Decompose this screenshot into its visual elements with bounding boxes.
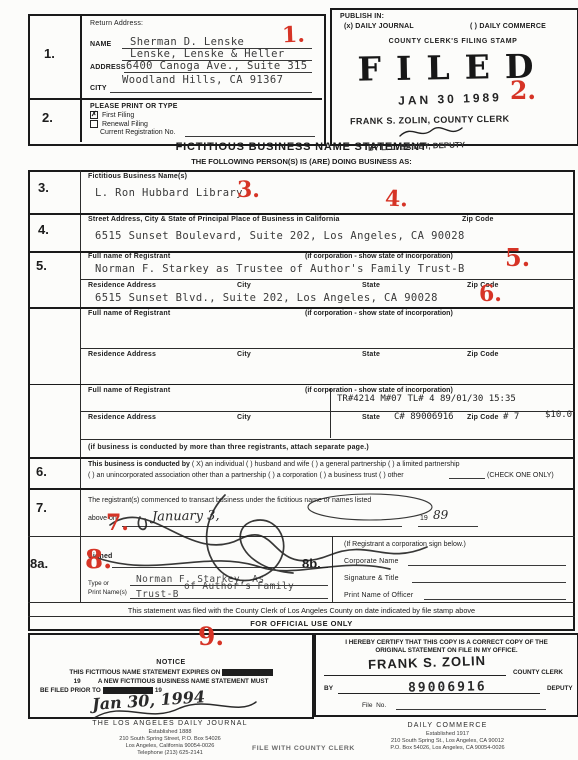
deputy-label: DEPUTY [547, 685, 573, 692]
commerce-footer-est: Established 1917 [335, 731, 560, 738]
annotation-9: 9. [198, 622, 224, 651]
journal-footer: THE LOS ANGELES DAILY JOURNAL Establishe… [55, 720, 285, 757]
return-address-value: 6400 Canoga Ave., Suite 315 [126, 60, 307, 72]
state-label-2: State [362, 351, 380, 358]
certify-box: I HEREBY CERTIFY THAT THIS COPY IS A COR… [314, 633, 578, 717]
form-number-6: 6. [36, 464, 47, 479]
annotation-8: 8. [85, 545, 112, 575]
publish-in-title: PUBLISH IN: [340, 13, 384, 20]
conducted-by-line2: ( ) an unincorporated association other … [88, 472, 404, 479]
city-label: CITY [90, 85, 107, 92]
form-number-4: 4. [38, 222, 49, 237]
official-use-only: FOR OFFICIAL USE ONLY [28, 619, 575, 628]
zip-code-label-row4: Zip Code [462, 216, 494, 223]
clerk-name-stamp: FRANK S. ZOLIN [368, 653, 486, 672]
file-no-label: File No. [362, 702, 386, 709]
annotation-2: 2. [510, 76, 536, 105]
return-name-value-2: Lenske, Lenske & Heller [130, 48, 285, 60]
zip-label-3: Zip Code [467, 414, 499, 421]
form-number-2: 2. [42, 110, 53, 125]
return-address-label: Return Address: [90, 20, 143, 27]
by-label: BY [324, 685, 333, 692]
deputy-signature [396, 122, 466, 142]
residence-label-1: Residence Address [88, 282, 156, 289]
renewal-filing-label: Renewal Filing [102, 121, 148, 128]
commerce-footer-addr1: 210 South Spring St., Los Angeles, CA 90… [335, 738, 560, 745]
first-filing-checkbox: ✗ [90, 111, 98, 119]
commerce-footer-name: DAILY COMMERCE [335, 722, 560, 731]
state-label-1: State [362, 282, 380, 289]
register-stamp-c-number: C# 89006916 [394, 412, 454, 422]
journal-footer-addr2: Los Angeles, California 90054-0026 [55, 743, 285, 750]
registrant-name-label-3: Full name of Registrant [88, 387, 170, 394]
current-registration-label: Current Registration No. [100, 129, 175, 136]
scanned-fbn-statement-form: 1. 2. Return Address: NAME Sherman D. Le… [0, 0, 578, 760]
renewal-filing-option: Renewal Filing [90, 120, 148, 128]
corp-note-2: (if corporation - show state of incorpor… [305, 310, 453, 317]
form-title: FICTITIOUS BUSINESS NAME STATEMENT [28, 141, 575, 153]
return-name-value: Sherman D. Lenske [130, 36, 244, 48]
address-label: ADDRESS [90, 64, 126, 71]
redacted-expiry-date: DECEMBER 31, [222, 669, 273, 676]
commerce-footer: DAILY COMMERCE Established 1917 210 Sout… [335, 722, 560, 752]
renewal-filing-checkbox [90, 120, 98, 128]
fictitious-name-value: L. Ron Hubbard Library [95, 187, 243, 199]
conducted-by-lead: This business is conducted by [88, 461, 190, 468]
name-label: NAME [90, 41, 111, 48]
form-number-3: 3. [38, 180, 49, 195]
annotation-3: 3. [237, 177, 260, 203]
journal-footer-est: Established 1888 [55, 729, 285, 736]
registrant1-residence-value: 6515 Sunset Blvd., Suite 202, Los Angele… [95, 292, 438, 304]
form-number-1: 1. [44, 46, 55, 61]
journal-footer-phone: Telephone (213) 625-2141 [55, 750, 285, 757]
annotation-7: 7. [106, 510, 129, 536]
conducted-by-line1: This business is conducted by ( X) an in… [88, 461, 460, 468]
corp-note-1: (if corporation - show state of incorpor… [305, 253, 453, 260]
residence-label-3: Residence Address [88, 414, 156, 421]
first-filing-checkmark: ✗ [91, 111, 97, 118]
annotation-1: 1. [282, 22, 306, 49]
zip-label-2: Zip Code [467, 351, 499, 358]
registrant-name-label-1: Full name of Registrant [88, 253, 170, 260]
first-filing-label: First Filing [102, 112, 134, 119]
file-number-stamp: 89006916 [408, 679, 487, 695]
form-number-5: 5. [36, 258, 47, 273]
notice-title: NOTICE [30, 659, 312, 666]
registrant-name-label-2: Full name of Registrant [88, 310, 170, 317]
city-label-1: City [237, 282, 251, 289]
daily-commerce-option: ( ) DAILY COMMERCE [470, 23, 546, 30]
county-clerk-label: COUNTY CLERK [513, 669, 563, 676]
form-subtitle: THE FOLLOWING PERSON(S) IS (ARE) DOING B… [28, 157, 575, 166]
annotation-4: 4. [385, 186, 409, 213]
register-stamp-amount: $10.0 [545, 410, 572, 420]
annotation-5: 5. [505, 243, 530, 272]
street-address-value: 6515 Sunset Boulevard, Suite 202, Los An… [95, 230, 465, 242]
signature-scrawl [55, 487, 485, 612]
notice-line1: THIS FICTITIOUS NAME STATEMENT EXPIRES O… [30, 669, 312, 676]
street-address-label: Street Address, City & State of Principa… [88, 216, 340, 223]
print-or-type-title: PLEASE PRINT OR TYPE [90, 103, 178, 110]
city-label-3: City [237, 414, 251, 421]
commerce-footer-addr2: P.O. Box 54026, Los Angeles, CA 90054-00… [335, 745, 560, 752]
form-number-7: 7. [36, 500, 47, 515]
fictitious-name-label: Fictitious Business Name(s) [88, 173, 187, 180]
residence-label-2: Residence Address [88, 351, 156, 358]
filing-stamp-caption: COUNTY CLERK'S FILING STAMP [335, 38, 571, 45]
check-one-only-note: (CHECK ONE ONLY) [487, 472, 554, 479]
register-stamp-line1: TR#4214 M#07 TL# 4 89/01/30 15:35 [337, 394, 516, 404]
city-label-2: City [237, 351, 251, 358]
registrant1-name-value: Norman F. Starkey as Trustee of Author's… [95, 263, 465, 275]
journal-footer-name: THE LOS ANGELES DAILY JOURNAL [55, 720, 285, 729]
return-city-value: Woodland Hills, CA 91367 [122, 74, 283, 86]
journal-footer-addr1: 210 South Spring Street, P.O. Box 54026 [55, 736, 285, 743]
register-stamp-check-number: # 7 [503, 412, 519, 422]
certify-line2: ORIGINAL STATEMENT ON FILE IN MY OFFICE. [316, 647, 577, 654]
conducted-by-options-1: ( X) an individual ( ) husband and wife … [192, 461, 460, 468]
annotation-6: 6. [479, 281, 502, 307]
form-number-8a: 8a. [30, 556, 48, 571]
daily-journal-option: (x) DAILY JOURNAL [344, 23, 414, 30]
notice-line2: 19 A NEW FICTITIOUS BUSINESS NAME STATEM… [30, 678, 312, 685]
more-registrants-note: (if business is conducted by more than t… [88, 444, 369, 451]
corp-note-3: (if corporation - show state of incorpor… [305, 387, 453, 394]
state-label-3: State [362, 414, 380, 421]
certify-line1: I HEREBY CERTIFY THAT THIS COPY IS A COR… [316, 639, 577, 646]
first-filing-option: ✗First Filing [90, 111, 134, 119]
